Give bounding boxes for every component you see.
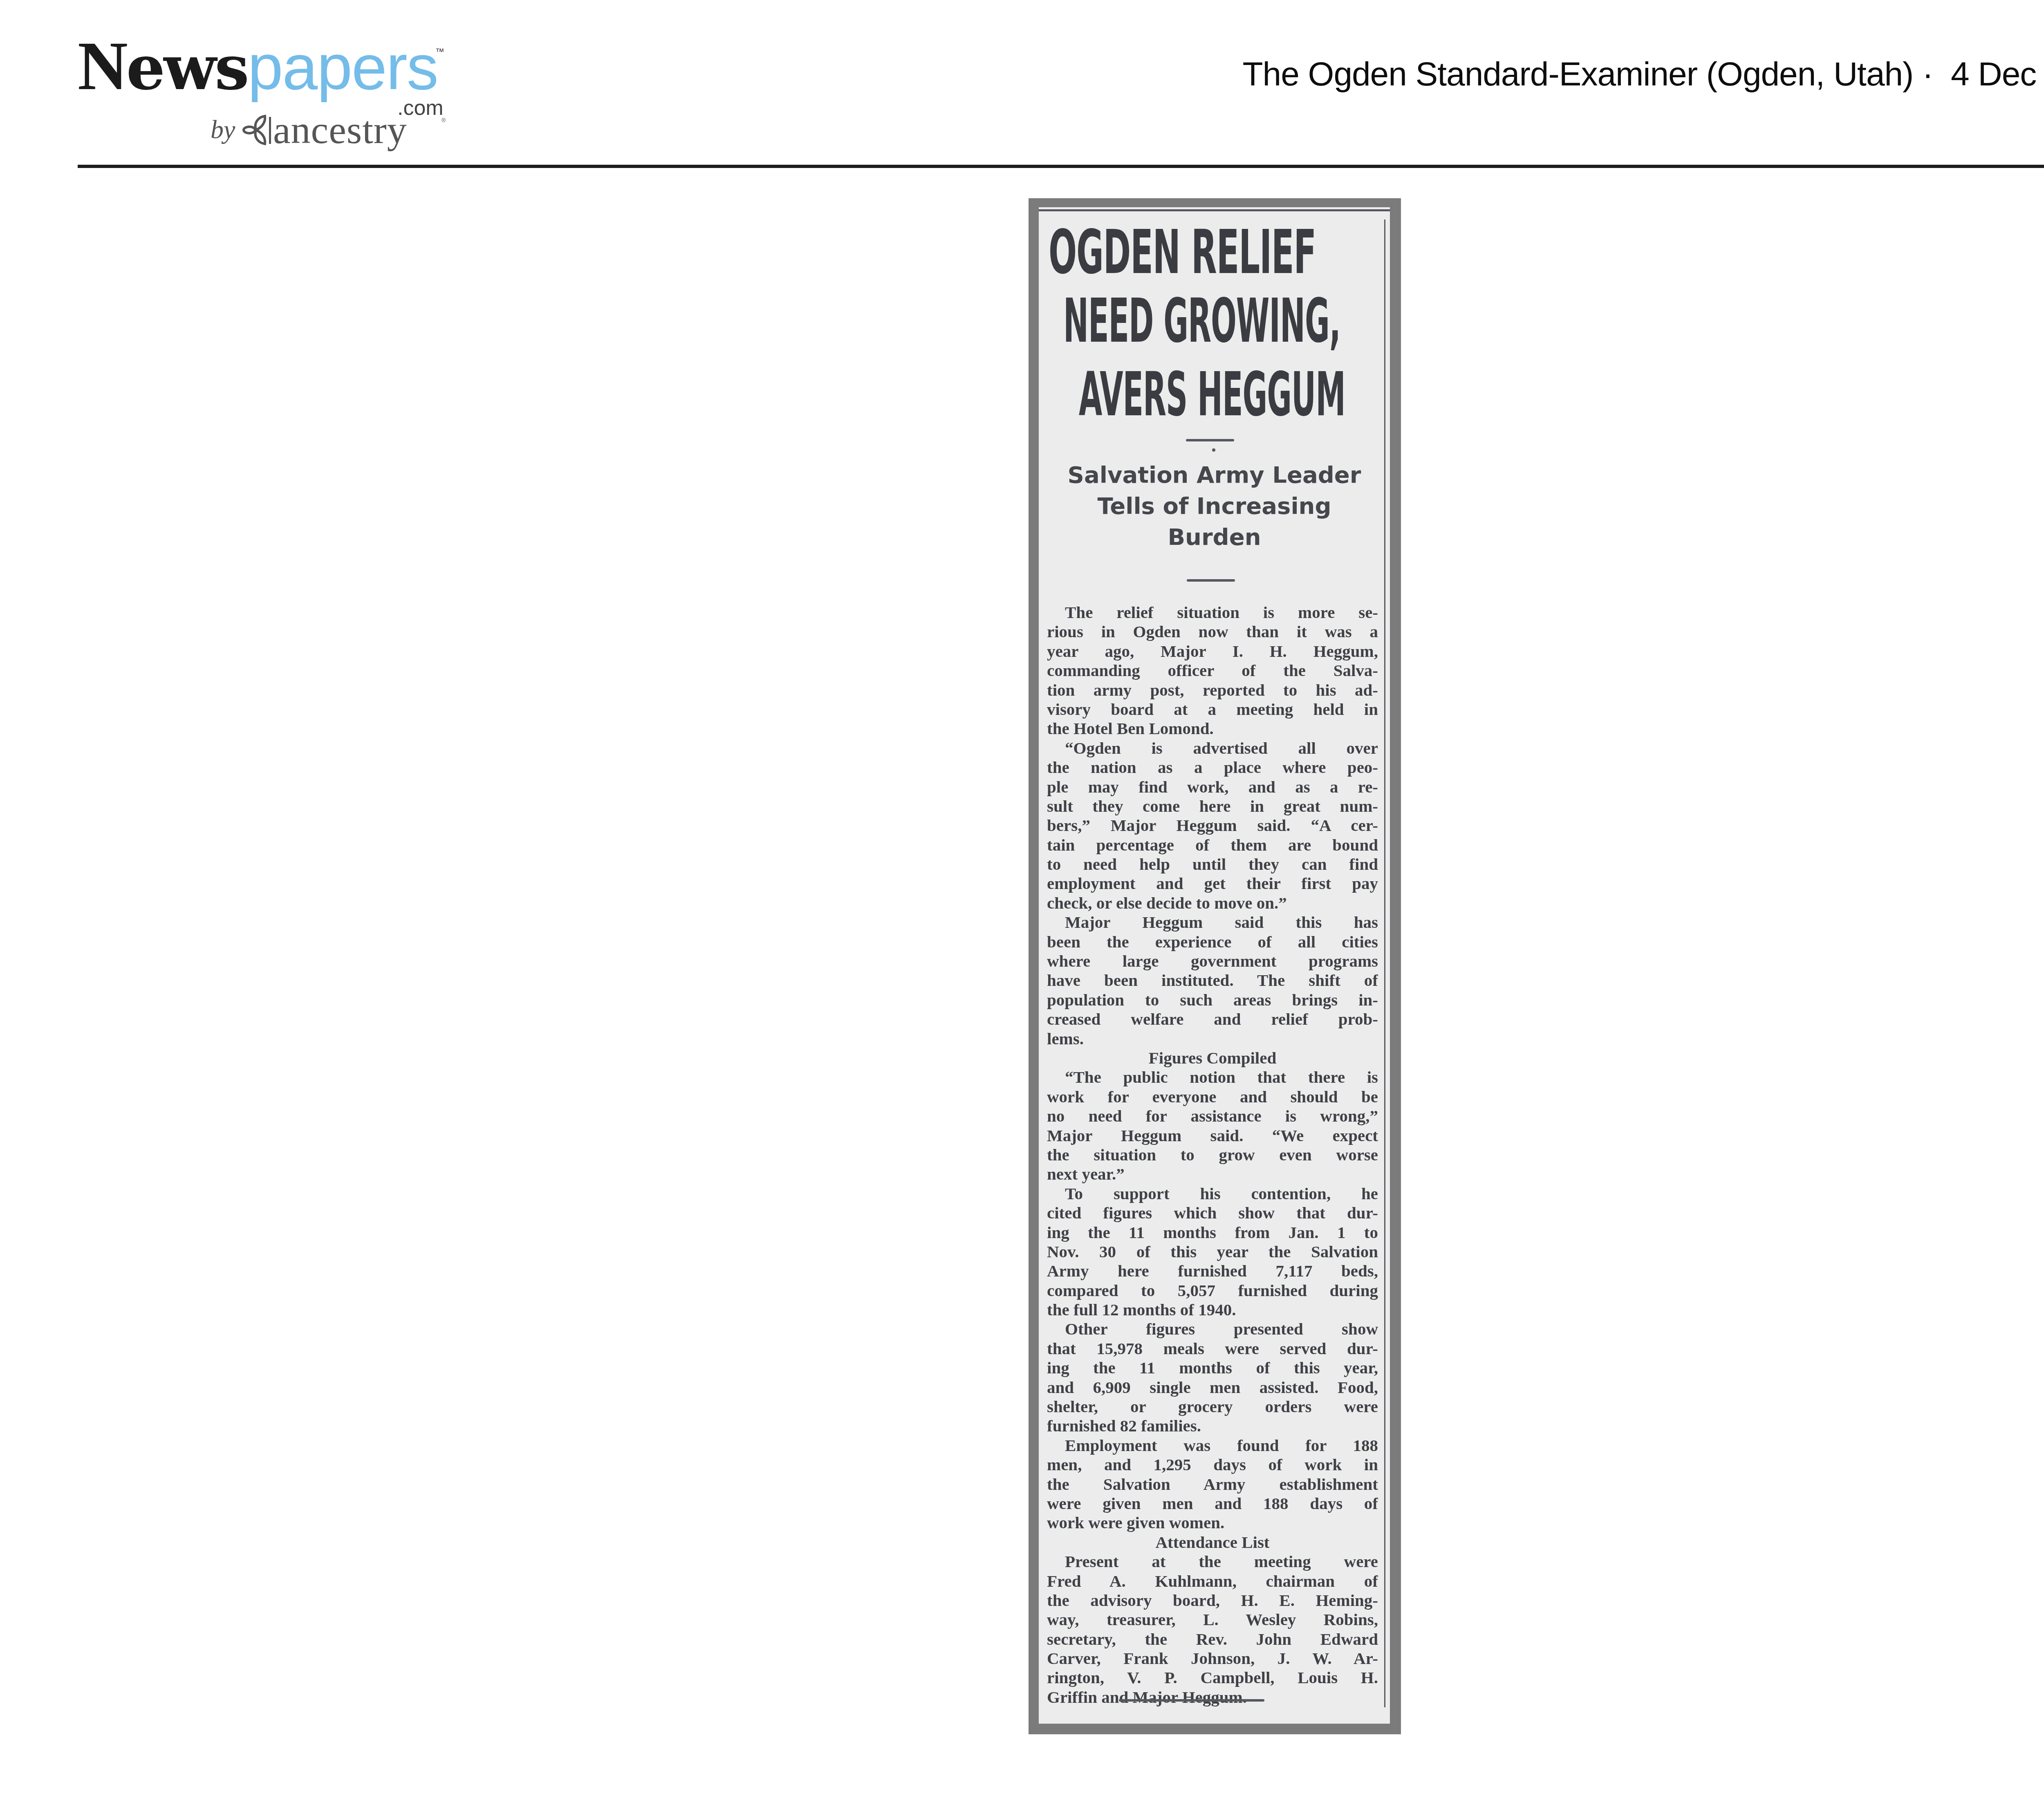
paragraph-line: Griffin and Major Heggum. [1047, 1688, 1378, 1707]
paragraph-line: The relief situation is more se- [1047, 603, 1378, 622]
article-subheadline: Salvation Army Leader Tells of Increasin… [1039, 460, 1390, 553]
subhead-line-1: Salvation Army Leader [1039, 460, 1390, 491]
paragraph-line: ple may find work, and as a re- [1047, 777, 1378, 797]
headline-line-3: AVERS HEGGUM [1079, 364, 1345, 425]
paragraph-line: have been instituted. The shift of [1047, 971, 1378, 990]
paragraph-line: the full 12 months of 1940. [1047, 1300, 1378, 1319]
paragraph-line: rington, V. P. Campbell, Louis H. [1047, 1668, 1378, 1687]
paragraph-line: shelter, or grocery orders were [1047, 1397, 1378, 1416]
headline-line-2: NEED GROWING, [1063, 291, 1340, 351]
logo-by-text: by [211, 114, 235, 145]
paragraph-line: the nation as a place where peo- [1047, 758, 1378, 777]
paragraph-line: Major Heggum said this has [1047, 913, 1378, 932]
section-subhead: Figures Compiled [1047, 1048, 1378, 1068]
paragraph-line: way, treasurer, L. Wesley Robins, [1047, 1610, 1378, 1629]
paragraph-line: that 15,978 meals were served dur- [1047, 1339, 1378, 1358]
paragraph-line: next year.” [1047, 1165, 1378, 1184]
paragraph-line: been the experience of all cities [1047, 932, 1378, 952]
paragraph-line: lems. [1047, 1029, 1378, 1048]
paragraph-line: secretary, the Rev. John Edward [1047, 1630, 1378, 1649]
paragraph-line: year ago, Major I. H. Heggum, [1047, 642, 1378, 661]
subhead-line-2: Tells of Increasing [1039, 491, 1390, 522]
headline-line-1: OGDEN RELIEF [1049, 222, 1316, 282]
paragraph-line: To support his contention, he [1047, 1184, 1378, 1203]
paragraph-line: sult they come here in great num- [1047, 797, 1378, 816]
logo-blackletter-n: N [78, 27, 126, 104]
paragraph-line: creased welfare and relief prob- [1047, 1010, 1378, 1029]
column-top-rule [1039, 209, 1390, 211]
paragraph-line: cited figures which show that dur- [1047, 1203, 1378, 1223]
paragraph-line: men, and 1,295 days of work in [1047, 1455, 1378, 1474]
paragraph-line: furnished 82 families. [1047, 1416, 1378, 1435]
section-subhead: Attendance List [1047, 1533, 1378, 1552]
header-divider [78, 165, 2044, 168]
subhead-line-3: Burden [1039, 522, 1390, 553]
ancestry-leaf-icon [241, 114, 274, 146]
paragraph-line: Major Heggum said. “We expect [1047, 1126, 1378, 1145]
subhead-divider [1187, 579, 1235, 582]
divider-dot [1212, 448, 1215, 452]
paragraph-line: rious in Ogden now than it was a [1047, 622, 1378, 641]
paragraph-line: population to such areas brings in- [1047, 990, 1378, 1010]
paragraph-line: bers,” Major Heggum said. “A cer- [1047, 816, 1378, 835]
paragraph-line: to need help until they can find [1047, 855, 1378, 874]
article-body: The relief situation is more se-rious in… [1047, 603, 1378, 1707]
logo-ancestry-text: ancestry [273, 107, 407, 152]
paragraph-line: no need for assistance is wrong,” [1047, 1106, 1378, 1126]
logo-papers-text: papers [248, 32, 438, 103]
headline-divider [1186, 439, 1234, 441]
registered-mark: ® [442, 117, 446, 123]
paragraph-line: compared to 5,057 furnished during [1047, 1281, 1378, 1300]
paragraph-line: visory board at a meeting held in [1047, 700, 1378, 719]
paragraph-line: check, or else decide to move on.” [1047, 894, 1378, 913]
paragraph-line: and 6,909 single men assisted. Food, [1047, 1378, 1378, 1397]
paragraph-line: commanding officer of the Salva- [1047, 661, 1378, 680]
paragraph-line: Army here furnished 7,117 beds, [1047, 1261, 1378, 1281]
paragraph-line: work were given women. [1047, 1513, 1378, 1532]
paragraph-line: Employment was found for 188 [1047, 1436, 1378, 1455]
paragraph-line: the advisory board, H. E. Heming- [1047, 1591, 1378, 1610]
paragraph-line: the situation to grow even worse [1047, 1145, 1378, 1165]
clipping-frame: OGDEN RELIEF NEED GROWING, AVERS HEGGUM … [1029, 198, 1401, 1734]
newspaper-clipping: OGDEN RELIEF NEED GROWING, AVERS HEGGUM … [1039, 207, 1390, 1724]
paragraph-line: Fred A. Kuhlmann, chairman of [1047, 1572, 1378, 1591]
paragraph-line: employment and get their first pay [1047, 874, 1378, 893]
paragraph-line: “Ogden is advertised all over [1047, 739, 1378, 758]
column-right-rule [1384, 219, 1385, 1707]
paragraph-line: ing the 11 months from Jan. 1 to [1047, 1223, 1378, 1242]
paragraph-line: tion army post, reported to his ad- [1047, 681, 1378, 700]
paragraph-line: where large government programs [1047, 952, 1378, 971]
newspapers-logo[interactable]: Newspapers ™ .com by ancestry ® [78, 35, 446, 137]
logo-wordmark: Newspapers [78, 35, 438, 99]
paragraph-line: Nov. 30 of this year the Salvation [1047, 1242, 1378, 1261]
paragraph-line: work for everyone and should be [1047, 1087, 1378, 1106]
article-end-rule [1119, 1699, 1264, 1702]
paragraph-line: “The public notion that there is [1047, 1068, 1378, 1087]
paragraph-line: Present at the meeting were [1047, 1552, 1378, 1571]
paragraph-line: tain percentage of them are bound [1047, 835, 1378, 855]
paragraph-line: Other figures presented show [1047, 1319, 1378, 1339]
paragraph-line: the Hotel Ben Lomond. [1047, 719, 1378, 738]
trademark-mark: ™ [435, 47, 444, 57]
logo-news-text: ews [126, 32, 248, 104]
paragraph-line: Carver, Frank Johnson, J. W. Ar- [1047, 1649, 1378, 1668]
paragraph-line: ing the 11 months of this year, [1047, 1358, 1378, 1377]
page-citation: The Ogden Standard-Examiner (Ogden, Utah… [1243, 55, 2044, 94]
paragraph-line: were given men and 188 days of [1047, 1494, 1378, 1513]
paragraph-line: the Salvation Army establishment [1047, 1475, 1378, 1494]
